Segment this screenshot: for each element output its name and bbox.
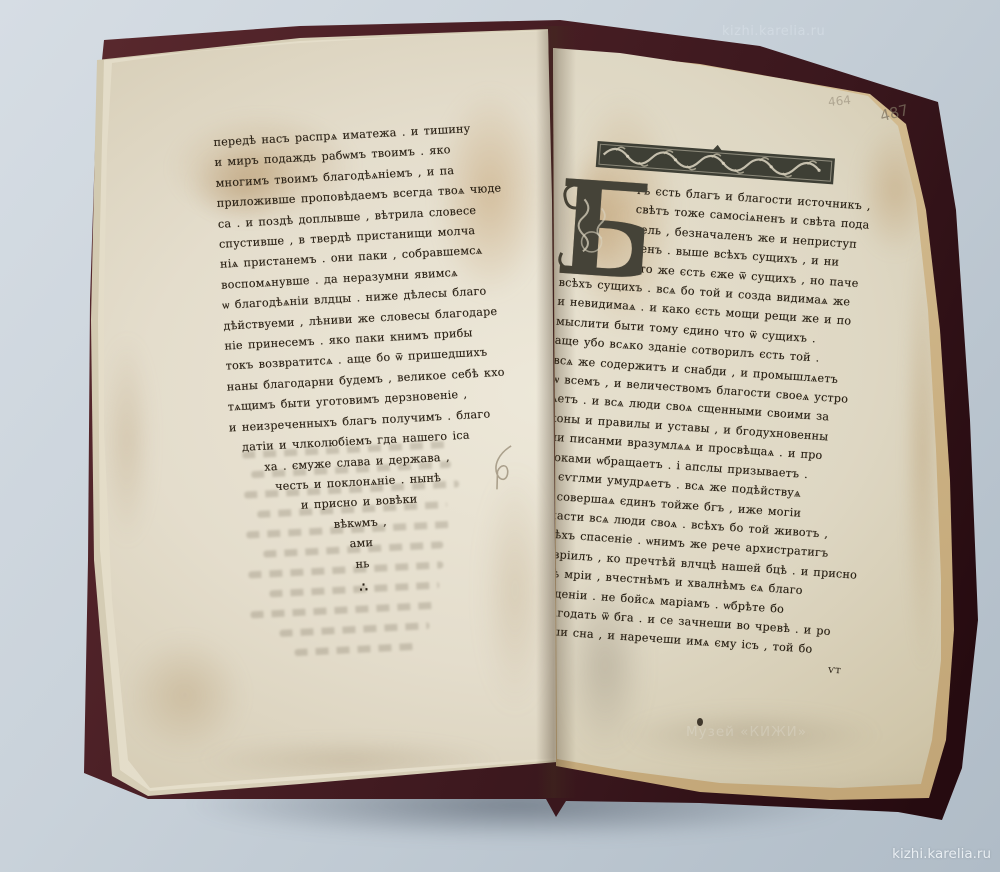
left-page-body: передѣ насъ распрѧ иматежа . и тишинуи м…	[213, 119, 481, 438]
left-page-colophon: датіи и члколюбіемъ гда нашего ісаха . є…	[230, 425, 489, 581]
watermark-site: kizhi.karelia.ru	[892, 846, 991, 862]
bleedthrough-line	[294, 643, 414, 656]
right-page-text: Б гъ єсть благъ и благости источникъ ,св…	[534, 176, 861, 661]
bleedthrough-line	[279, 622, 429, 637]
left-page-text: передѣ насъ распрѧ иматежа . и тишинуи м…	[213, 119, 490, 605]
right-page-body: всѣхъ сущихъ . всѧ бо той и созда видима…	[534, 273, 854, 661]
stain	[50, 596, 84, 630]
pencil-folio-faint: 464	[827, 93, 851, 109]
catchword: ѵт	[828, 664, 842, 677]
watermark-museum: Музей «КИЖИ»	[686, 724, 807, 740]
bleedthrough-line	[250, 602, 435, 619]
photo-background: передѣ насъ распрѧ иматежа . и тишинуи м…	[0, 0, 1000, 872]
gutter-shadow	[536, 26, 576, 798]
watermark-top: kizhi.karelia.ru	[722, 24, 825, 39]
